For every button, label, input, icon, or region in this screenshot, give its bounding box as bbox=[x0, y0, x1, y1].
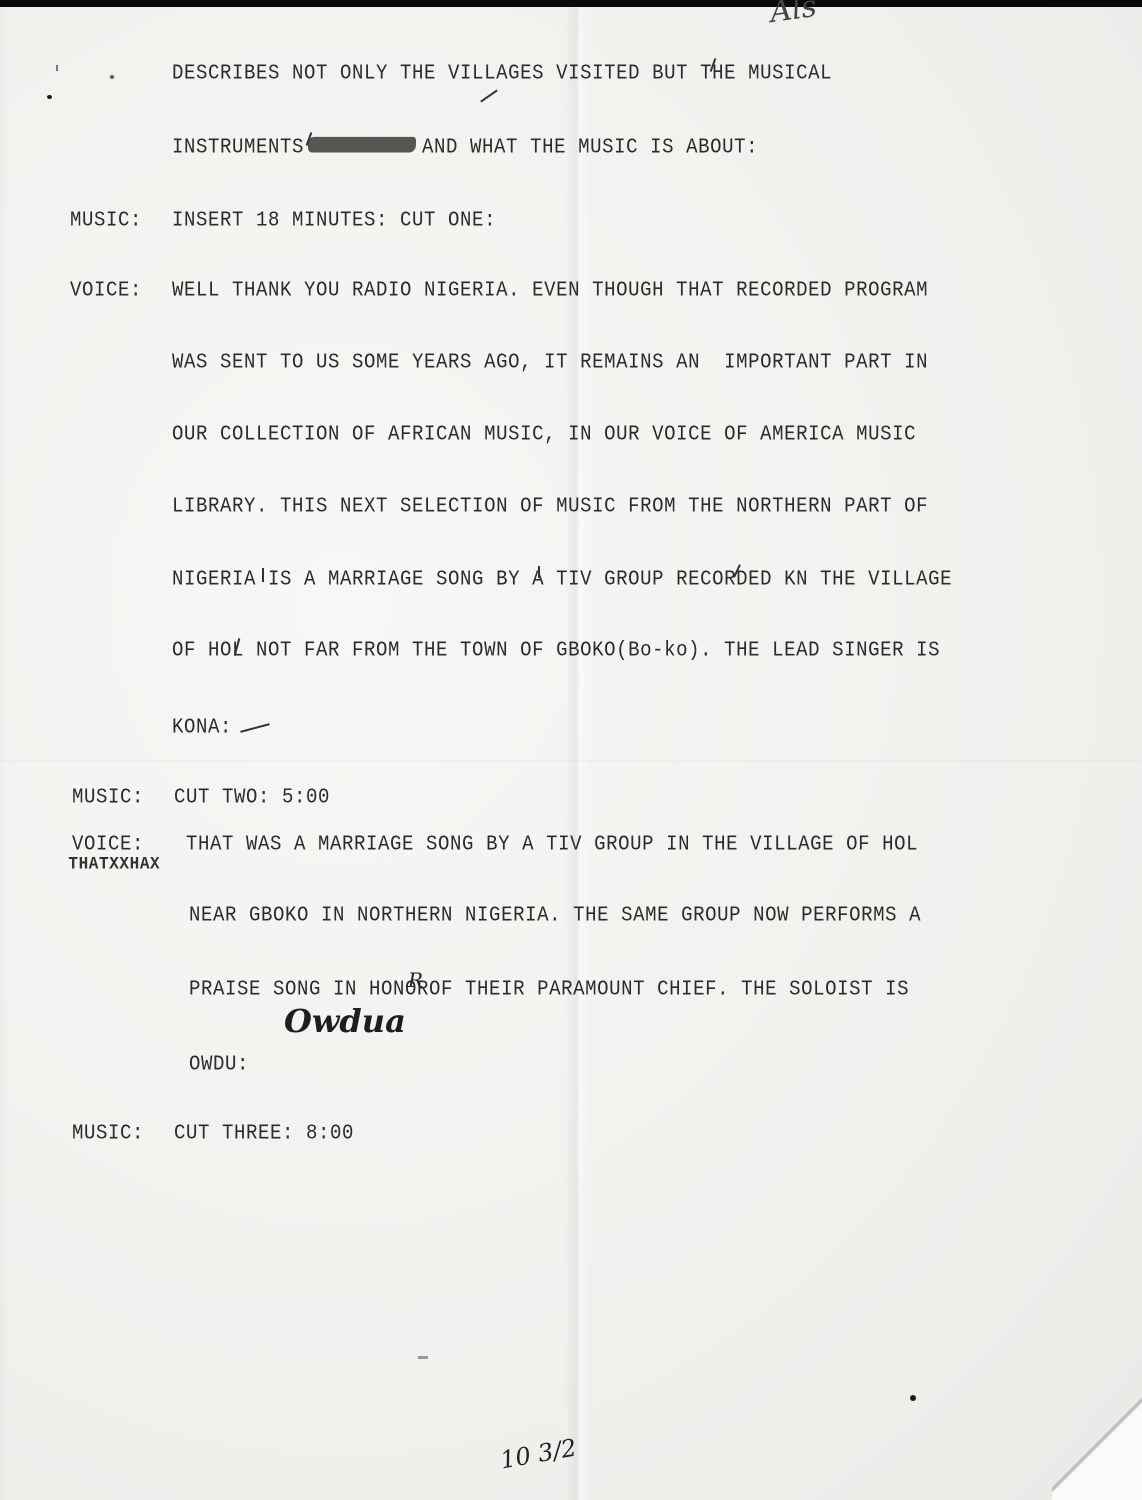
script-line: VOICE: THAT WAS A MARRIAGE SONG BY A TIV… bbox=[48, 807, 918, 856]
cue-label: MUSIC: bbox=[70, 208, 172, 233]
script-line: LIBRARY. THIS NEXT SELECTION OF MUSIC FR… bbox=[148, 469, 928, 518]
cue-label: MUSIC: bbox=[72, 785, 174, 810]
script-line: MUSIC:INSERT 18 MINUTES: CUT ONE: bbox=[46, 183, 496, 232]
line-text: NIGERIA IS A MARRIAGE SONG BY A TIV GROU… bbox=[172, 567, 952, 592]
handwritten-soloist-correction: Owdua bbox=[284, 1002, 406, 1040]
handwritten-comma bbox=[262, 568, 264, 582]
script-line: NIGERIA IS A MARRIAGE SONG BY A TIV GROU… bbox=[148, 542, 952, 591]
script-line-struck: THATXXHAX bbox=[48, 834, 160, 874]
script-line: DESCRIBES NOT ONLY THE VILLAGES VISITED … bbox=[148, 36, 832, 85]
script-line: MUSIC:CUT TWO: 5:00 bbox=[48, 760, 330, 809]
line-text: NEAR GBOKO IN NORTHERN NIGERIA. THE SAME… bbox=[189, 903, 921, 928]
script-line: OUR COLLECTION OF AFRICAN MUSIC, IN OUR … bbox=[148, 397, 916, 446]
line-text: KONA: bbox=[172, 715, 232, 740]
paper-corner-fold bbox=[1052, 1390, 1142, 1500]
line-text: LIBRARY. THIS NEXT SELECTION OF MUSIC FR… bbox=[172, 494, 928, 519]
script-line: VOICE:WELL THANK YOU RADIO NIGERIA. EVEN… bbox=[46, 253, 928, 302]
script-line: OF HOL NOT FAR FROM THE TOWN OF GBOKO(Bo… bbox=[148, 613, 940, 662]
script-line: PRAISE SONG IN HONOROF THEIR PARAMOUNT C… bbox=[165, 952, 909, 1001]
line-text: WAS SENT TO US SOME YEARS AGO, IT REMAIN… bbox=[172, 350, 928, 375]
line-text: DESCRIBES NOT ONLY THE VILLAGES VISITED … bbox=[172, 61, 832, 86]
handwritten-insert-r: R bbox=[408, 968, 423, 992]
ink-speck bbox=[110, 75, 114, 79]
ink-speck bbox=[56, 65, 58, 71]
line-text: CUT THREE: 8:00 bbox=[174, 1121, 354, 1146]
scan-top-border bbox=[0, 0, 1142, 7]
cue-label: VOICE: bbox=[70, 278, 172, 303]
line-text: OWDU: bbox=[189, 1052, 249, 1077]
line-text: CUT TWO: 5:00 bbox=[174, 785, 330, 810]
line-text: AND WHAT THE MUSIC IS ABOUT: bbox=[422, 135, 758, 160]
script-line: MUSIC:CUT THREE: 8:00 bbox=[48, 1096, 354, 1145]
ink-speck bbox=[418, 1356, 428, 1359]
ink-speck bbox=[47, 95, 52, 99]
cue-label: MUSIC: bbox=[72, 1121, 174, 1146]
line-text: WELL THANK YOU RADIO NIGERIA. EVEN THOUG… bbox=[172, 278, 928, 303]
script-line: OWDU: bbox=[165, 1027, 249, 1076]
struck-out-text: AS WELL bbox=[308, 137, 416, 153]
script-line: WAS SENT TO US SOME YEARS AGO, IT REMAIN… bbox=[148, 325, 928, 374]
script-line: INSTRUMENTSAS WELLAND WHAT THE MUSIC IS … bbox=[148, 110, 758, 159]
struck-out-text: THATXXHAX bbox=[68, 854, 160, 874]
script-line: NEAR GBOKO IN NORTHERN NIGERIA. THE SAME… bbox=[165, 878, 921, 927]
ink-speck bbox=[910, 1395, 916, 1401]
line-text: INSTRUMENTS bbox=[172, 135, 304, 160]
script-line: KONA: bbox=[148, 690, 232, 739]
line-text: INSERT 18 MINUTES: CUT ONE: bbox=[172, 208, 496, 233]
line-text: OUR COLLECTION OF AFRICAN MUSIC, IN OUR … bbox=[172, 422, 916, 447]
line-text: PRAISE SONG IN HONOROF THEIR PARAMOUNT C… bbox=[189, 977, 909, 1002]
line-text: THAT WAS A MARRIAGE SONG BY A TIV GROUP … bbox=[174, 832, 918, 857]
line-text: OF HOL NOT FAR FROM THE TOWN OF GBOKO(Bo… bbox=[172, 638, 940, 663]
handwritten-comma bbox=[538, 566, 540, 578]
